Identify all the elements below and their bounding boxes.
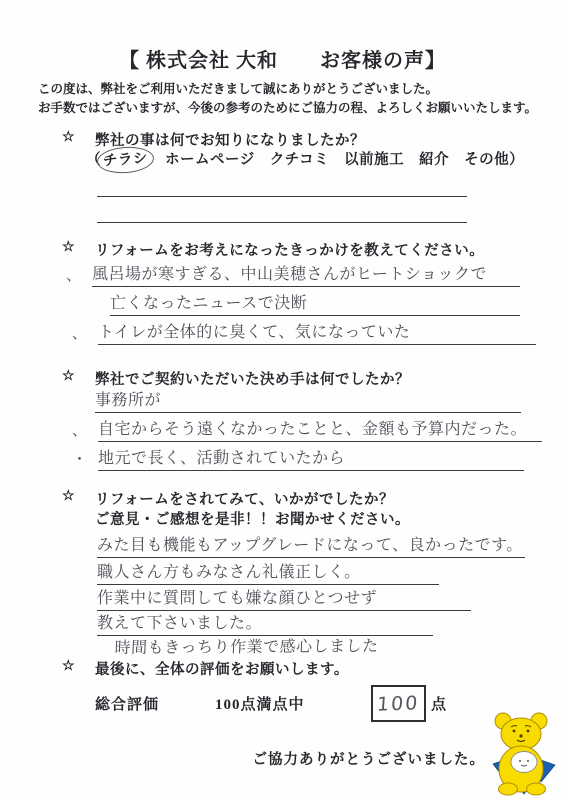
question-4: ☆ リフォームをされてみて、いかがでしたか？ [62, 488, 394, 509]
customer-survey-page: 【 株式会社 大和 お客様の声】 この度は、弊社をご利用いただきまして誠にありが… [0, 0, 565, 800]
question-1-options: （チラシ ホームページ クチコミ 以前施工 紹介 その他） [86, 148, 524, 170]
page-title: 【 株式会社 大和 お客様の声】 [0, 44, 565, 73]
star-icon: ☆ [62, 129, 95, 146]
answer-text: 職人さん方もみなさん礼儀正しく。 [97, 562, 361, 581]
question-4-sublabel-row: ご意見・ご感想を是非！！お聞かせください。 [95, 508, 410, 529]
answer-bullet: ・ [72, 447, 98, 471]
question-5-label: 最後に、全体の評価をお願いします。 [95, 658, 349, 679]
bear-mascot-icon [486, 710, 562, 796]
question-4-label: リフォームをされてみて、いかがでしたか？ [95, 488, 394, 509]
overall-rating-label: 総合評価 [95, 693, 159, 714]
rating-scale-label: 100点満点中 [215, 693, 305, 714]
answer-line-blank-1 [97, 181, 467, 197]
answer-bullet: 、 [72, 321, 98, 345]
answer-bullet: 、 [66, 263, 92, 287]
handwritten-answer: みた目も機能もアップグレードになって、良かったです。 [97, 533, 525, 558]
question-2: ☆ リフォームをお考えになったきっかけを教えてください。 [62, 239, 484, 260]
circled-option-chirashi: チラシ [96, 145, 155, 175]
thanks-text: ご協力ありがとうございました。 [253, 748, 486, 769]
handwritten-answer: ・ 地元で長く、活動されていたから [72, 446, 524, 471]
answer-text: 教えて下さいました。 [97, 613, 262, 632]
handwritten-answer: 、 自宅からそう遠くなかったことと、金額も予算内だった。 [72, 417, 542, 442]
handwritten-answer: 教えて下さいました。 [97, 611, 433, 636]
intro-line-2: お手数ではございますが、今後の参考のためにご協力の程、よろしくお願いいたします。 [38, 99, 543, 118]
score-box: 100 [371, 685, 426, 722]
handwritten-score: 100 [377, 692, 421, 715]
star-icon: ☆ [62, 658, 95, 675]
question-2-label: リフォームをお考えになったきっかけを教えてください。 [95, 239, 484, 260]
handwritten-answer: 事務所が [95, 388, 521, 413]
answer-text: 時間もきっちり作業で感心しました [114, 634, 379, 660]
answer-line-blank-2 [97, 207, 467, 223]
answer-text: 自宅からそう遠くなかったことと、金額も予算内だった。 [98, 419, 527, 438]
answer-text: トイレが全体的に臭くて、気になっていた [98, 322, 410, 341]
handwritten-answer: 作業中に質問しても嫌な顔ひとつせず [97, 586, 471, 611]
answer-bullet: 、 [72, 418, 98, 442]
answer-text: 風呂場が寒すぎる、中山美穂さんがヒートショックで [92, 264, 487, 283]
answer-text: 事務所が [95, 390, 161, 409]
options-rest: ホームページ クチコミ 以前施工 紹介 その他） [150, 152, 524, 168]
star-icon: ☆ [62, 239, 95, 256]
intro-line-1: この度は、弊社をご利用いただきまして誠にありがとうございました。 [38, 80, 543, 99]
answer-text: 地元で長く、活動されていたから [98, 448, 345, 467]
handwritten-answer: 亡くなったニュースで決断 [110, 291, 520, 316]
handwritten-answer: 職人さん方もみなさん礼儀正しく。 [97, 560, 439, 585]
answer-text: 作業中に質問しても嫌な顔ひとつせず [97, 588, 377, 607]
question-1: ☆ 弊社の事は何でお知りになりましたか？ [62, 129, 365, 150]
handwritten-answer: 時間もきっちり作業で感心しました [114, 636, 378, 660]
answer-text: みた目も機能もアップグレードになって、良かったです。 [97, 535, 523, 554]
star-icon: ☆ [62, 488, 95, 505]
question-3: ☆ 弊社でご契約いただいた決め手は何でしたか？ [62, 368, 410, 389]
handwritten-answer: 、 トイレが全体的に臭くて、気になっていた [72, 320, 536, 345]
star-icon: ☆ [62, 368, 95, 385]
intro-text: この度は、弊社をご利用いただきまして誠にありがとうございました。 お手数ではござ… [38, 80, 543, 119]
question-4-sublabel: ご意見・ご感想を是非！！お聞かせください。 [95, 508, 410, 529]
question-3-label: 弊社でご契約いただいた決め手は何でしたか？ [95, 368, 410, 389]
score-unit-label: 点 [431, 693, 447, 714]
question-5: ☆ 最後に、全体の評価をお願いします。 [62, 658, 349, 679]
handwritten-answer: 、 風呂場が寒すぎる、中山美穂さんがヒートショックで [66, 262, 520, 287]
answer-text: 亡くなったニュースで決断 [110, 293, 307, 312]
